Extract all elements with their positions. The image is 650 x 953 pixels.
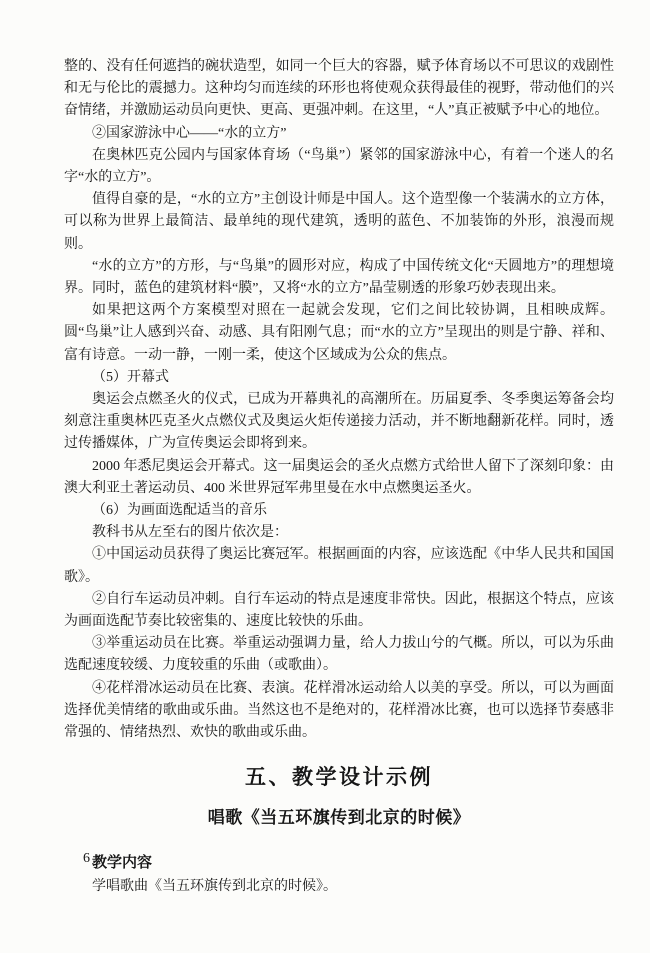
book-page: 整的、没有任何遮挡的碗状造型，如同一个巨大的容器，赋予体育场以不可思议的戏剧性和… — [0, 0, 650, 953]
page-number: 6 — [83, 850, 90, 868]
paragraph: ③举重运动员在比赛。举重运动强调力量，给人力拔山兮的气概。所以，可以为乐曲选配速… — [64, 633, 614, 677]
paragraph: 整的、没有任何遮挡的碗状造型，如同一个巨大的容器，赋予体育场以不可思议的戏剧性和… — [64, 56, 614, 123]
paragraph: 在奥林匹克公园内与国家体育场（“鸟巢”）紧邻的国家游泳中心，有着一个迷人的名字“… — [64, 145, 614, 189]
paragraph: 值得自豪的是，“水的立方”主创设计师是中国人。这个造型像一个装满水的立方体，可以… — [64, 189, 614, 256]
song-title-heading: 唱歌《当五环旗传到北京的时候》 — [64, 807, 614, 828]
paragraph: ②自行车运动员冲刺。自行车运动的特点是速度非常快。因此，根据这个特点，应该为画面… — [64, 589, 614, 633]
page-content: 整的、没有任何遮挡的碗状造型，如同一个巨大的容器，赋予体育场以不可思议的戏剧性和… — [64, 56, 614, 899]
paragraph-item-6: （6）为画面选配适当的音乐 — [64, 500, 614, 522]
paragraph: 奥运会点燃圣火的仪式，已成为开幕典礼的高潮所在。历届夏季、冬季奥运筹备会均刻意注… — [64, 389, 614, 456]
paragraph: ①中国运动员获得了奥运比赛冠军。根据画面的内容，应该选配《中华人民共和国国歌》。 — [64, 544, 614, 588]
section-heading: 五、教学设计示例 — [64, 765, 614, 790]
paragraph: ④花样滑冰运动员在比赛、表演。花样滑冰运动给人以美的享受。所以，可以为画面选择优… — [64, 678, 614, 745]
subsection-body: 学唱歌曲《当五环旗传到北京的时候》。 — [64, 876, 614, 898]
paragraph: 2000 年悉尼奥运会开幕式。这一届奥运会的圣火点燃方式给世人留下了深刻印象：由… — [64, 456, 614, 500]
paragraph: “水的立方”的方形，与“鸟巢”的圆形对应，构成了中国传统文化“天圆地方”的理想境… — [64, 256, 614, 300]
paragraph: 教科书从左至右的图片依次是： — [64, 522, 614, 544]
paragraph-item-5: （5）开幕式 — [64, 367, 614, 389]
paragraph: 如果把这两个方案模型对照在一起就会发现，它们之间比较协调，且相映成辉。圆“鸟巢”… — [64, 300, 614, 367]
paragraph: ②国家游泳中心——“水的立方” — [64, 123, 614, 145]
subsection-title: 教学内容 — [64, 854, 614, 871]
